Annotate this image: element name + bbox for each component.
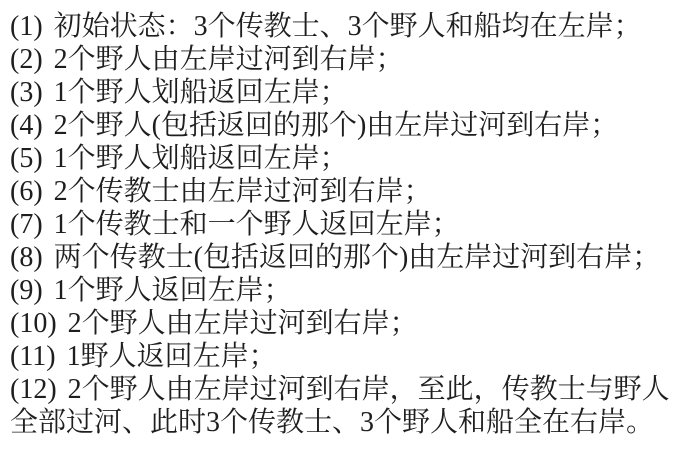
step-line-7: (7)1个传教士和一个野人返回左岸； <box>10 208 693 241</box>
step-number: (1) <box>10 11 43 42</box>
step-text: 2个传教士由左岸过河到右岸； <box>54 176 432 207</box>
step-number: (11) <box>10 341 56 372</box>
step-text: 两个传教士(包括返回的那个)由左岸过河到右岸； <box>54 242 661 273</box>
step-text: 1野人返回左岸； <box>67 341 277 372</box>
step-text: 2个野人由左岸过河到右岸； <box>54 44 404 75</box>
step-line-2: (2)2个野人由左岸过河到右岸； <box>10 43 693 76</box>
step-line-3: (3)1个野人划船返回左岸； <box>10 76 693 109</box>
step-number: (10) <box>10 308 57 339</box>
step-text: 1个传教士和一个野人返回左岸； <box>54 209 460 240</box>
step-text: 1个野人返回左岸； <box>54 275 292 306</box>
step-number: (5) <box>10 143 43 174</box>
document-page: (1)初始状态：3个传教士、3个野人和船均在左岸； (2)2个野人由左岸过河到右… <box>0 0 699 458</box>
step-number: (7) <box>10 209 43 240</box>
step-line-12: (12)2个野人由左岸过河到右岸，至此，传教士与野人全部过河、此时3个传教士、3… <box>10 373 693 439</box>
step-line-4: (4)2个野人(包括返回的那个)由左岸过河到右岸； <box>10 109 693 142</box>
step-line-11: (11)1野人返回左岸； <box>10 340 693 373</box>
step-number: (12) <box>10 374 57 405</box>
step-number: (6) <box>10 176 43 207</box>
step-line-6: (6)2个传教士由左岸过河到右岸； <box>10 175 693 208</box>
step-number: (9) <box>10 275 43 306</box>
step-line-9: (9)1个野人返回左岸； <box>10 274 693 307</box>
step-text: 2个野人由左岸过河到右岸，至此，传教士与野人全部过河、此时3个传教士、3个野人和… <box>10 374 670 438</box>
step-line-10: (10)2个野人由左岸过河到右岸； <box>10 307 693 340</box>
step-text: 1个野人划船返回左岸； <box>54 143 348 174</box>
step-text: 2个野人(包括返回的那个)由左岸过河到右岸； <box>54 110 619 141</box>
step-number: (2) <box>10 44 43 75</box>
step-number: (8) <box>10 242 43 273</box>
step-text: 2个野人由左岸过河到右岸； <box>68 308 418 339</box>
step-line-5: (5)1个野人划船返回左岸； <box>10 142 693 175</box>
step-number: (3) <box>10 77 43 108</box>
step-line-8: (8)两个传教士(包括返回的那个)由左岸过河到右岸； <box>10 241 693 274</box>
step-text: 1个野人划船返回左岸； <box>54 77 348 108</box>
step-number: (4) <box>10 110 43 141</box>
step-line-1: (1)初始状态：3个传教士、3个野人和船均在左岸； <box>10 10 693 43</box>
step-text: 初始状态：3个传教士、3个野人和船均在左岸； <box>54 11 642 42</box>
